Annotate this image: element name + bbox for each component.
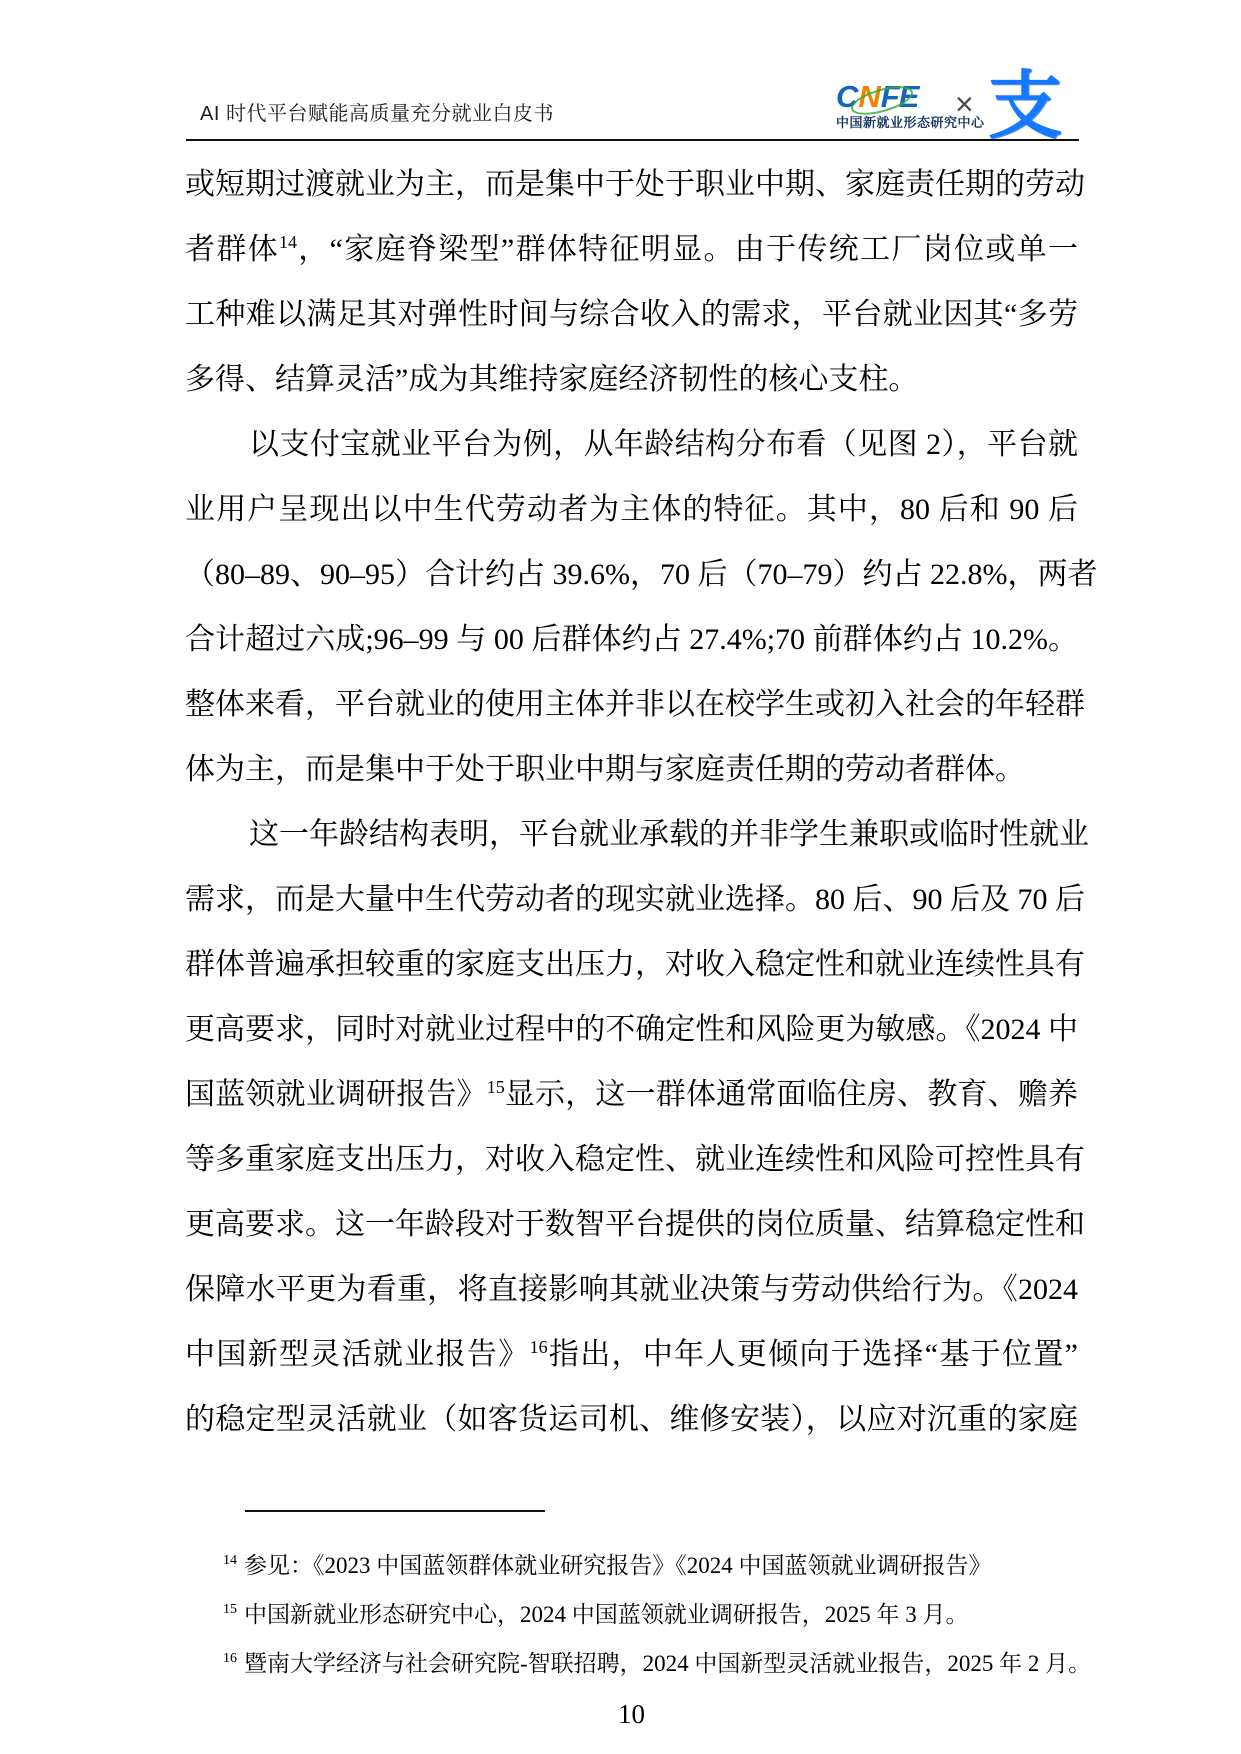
body-line-p3-l7: 更高要求。这一年龄段对于数智平台提供的岗位质量、结算稳定性和 <box>185 1192 1078 1257</box>
page-number: 10 <box>185 1697 1078 1731</box>
body-line-p3-l1: 这一年龄结构表明，平台就业承载的并非学生兼职或临时性就业 <box>185 802 1078 867</box>
footnotes: 14参见：《2023 中国蓝领群体就业研究报告》《2024 中国蓝领就业调研报告… <box>223 1541 1080 1688</box>
alipay-logo-icon: 支 <box>988 66 1062 146</box>
body-line-p3-l8: 保障水平更为看重，将直接影响其就业决策与劳动供给行为。《2024 <box>185 1257 1078 1322</box>
body-line-p2-l5: 整体来看，平台就业的使用主体并非以在校学生或初入社会的年轻群 <box>185 672 1078 737</box>
body-line-p1-l2: 者群体14，“家庭脊梁型”群体特征明显。由于传统工厂岗位或单一 <box>185 217 1078 282</box>
footnote-number: 15 <box>223 1602 237 1617</box>
body-line-p3-l2: 需求，而是大量中生代劳动者的现实就业选择。80 后、90 后及 70 后 <box>185 867 1078 932</box>
body-line-p1-l4: 多得、结算灵活”成为其维持家庭经济韧性的核心支柱。 <box>185 347 1078 412</box>
body-line-p2-l1: 以支付宝就业平台为例，从年龄结构分布看（见图 2），平台就 <box>185 412 1078 477</box>
footnote-number: 14 <box>223 1553 237 1568</box>
body-line-p2-l3: （80–89、90–95）合计约占 39.6%，70 后（70–79）约占 22… <box>185 542 1078 607</box>
body-line-p3-l6: 等多重家庭支出压力，对收入稳定性、就业连续性和风险可控性具有 <box>185 1127 1078 1192</box>
body-line-p3-l10: 的稳定型灵活就业（如客货运司机、维修安装），以应对沉重的家庭 <box>185 1387 1078 1452</box>
body-line-p2-l4: 合计超过六成;96–99 与 00 后群体约占 27.4%;70 前群体约占 1… <box>185 607 1078 672</box>
footnote-separator <box>245 1510 545 1512</box>
footnote-14: 14参见：《2023 中国蓝领群体就业研究报告》《2024 中国蓝领就业调研报告… <box>223 1541 1080 1590</box>
footnote-ref: 16 <box>530 1337 548 1357</box>
header-title: AI 时代平台赋能高质量充分就业白皮书 <box>200 100 554 128</box>
document-page: AI 时代平台赋能高质量充分就业白皮书 CNFE 中国新就业形态研究中心 × 支… <box>0 0 1241 1754</box>
body-text: 或短期过渡就业为主，而是集中于处于职业中期、家庭责任期的劳动者群体14，“家庭脊… <box>185 152 1078 1452</box>
body-line-p2-l2: 业用户呈现出以中生代劳动者为主体的特征。其中，80 后和 90 后 <box>185 477 1078 542</box>
cnfe-logo-letters: CNFE <box>836 80 966 114</box>
body-line-p3-l5: 国蓝领就业调研报告》15显示，这一群体通常面临住房、教育、赡养 <box>185 1062 1078 1127</box>
multiply-icon: × <box>955 88 974 120</box>
body-line-p3-l9: 中国新型灵活就业报告》16指出，中年人更倾向于选择“基于位置” <box>185 1322 1078 1387</box>
footnote-16: 16暨南大学经济与社会研究院-智联招聘，2024 中国新型灵活就业报告，2025… <box>223 1639 1080 1688</box>
body-line-p3-l4: 更高要求，同时对就业过程中的不确定性和风险更为敏感。《2024 中 <box>185 997 1078 1062</box>
cnfe-logo: CNFE 中国新就业形态研究中心 <box>836 80 966 130</box>
header-rule <box>186 139 1079 141</box>
footnote-number: 16 <box>223 1651 237 1666</box>
body-line-p1-l1: 或短期过渡就业为主，而是集中于处于职业中期、家庭责任期的劳动 <box>185 152 1078 217</box>
body-line-p2-l6: 体为主，而是集中于处于职业中期与家庭责任期的劳动者群体。 <box>185 737 1078 802</box>
footnote-ref: 14 <box>279 232 297 252</box>
body-line-p3-l3: 群体普遍承担较重的家庭支出压力，对收入稳定性和就业连续性具有 <box>185 932 1078 997</box>
cnfe-letter-fe: FE <box>881 79 919 114</box>
body-line-p1-l3: 工种难以满足其对弹性时间与综合收入的需求，平台就业因其“多劳 <box>185 282 1078 347</box>
cnfe-letter-n: N <box>857 79 880 114</box>
cnfe-caption: 中国新就业形态研究中心 <box>836 115 966 130</box>
footnote-ref: 15 <box>487 1077 505 1097</box>
footnote-15: 15中国新就业形态研究中心，2024 中国蓝领就业调研报告，2025 年 3 月… <box>223 1590 1080 1639</box>
cnfe-letter-c: C <box>836 79 857 114</box>
